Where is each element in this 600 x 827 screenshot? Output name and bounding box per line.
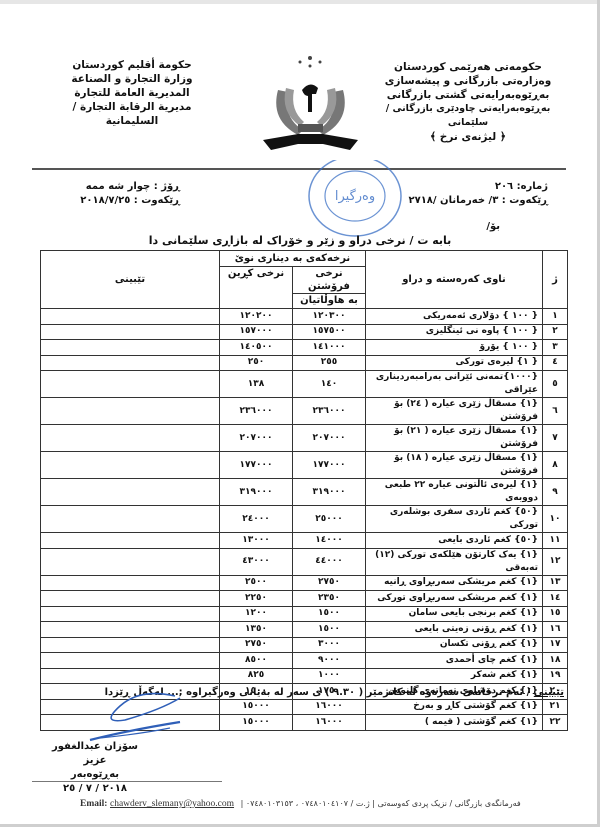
table-row: ١٧{١} کغم ڕۆنی تکسان٣٠٠٠٢٧٥٠ [41, 637, 568, 653]
col-header-note: تێبینی [41, 251, 220, 309]
cell-buy: ٨٢٥ [220, 668, 293, 684]
cell-note [41, 591, 220, 607]
signatory-date: ٢٠١٨ / ٧ / ٢٥ [40, 782, 150, 796]
letterhead-line: وەزارەتی بازرگانی و پیشەسازی [378, 74, 558, 88]
reference-block: ژمارە: ٢٠٦ ڕێکەوت : ٣/ خەرمانان /٢٧١٨ [408, 180, 548, 208]
email-label: Email: [80, 799, 107, 809]
cell-no: ٢٢ [543, 715, 568, 731]
cell-name: {١} لیرەی ئاڵتونی عیاره ٢٢ طبعی دووبەی [366, 479, 543, 506]
cell-buy: ٢٤٠٠٠ [220, 506, 293, 533]
cell-buy: ١٥٧٠٠٠ [220, 324, 293, 340]
table-row: ١٨{١} کغم چای أحمدی٩٠٠٠٨٥٠٠ [41, 653, 568, 669]
cell-buy: ٢٧٥٠ [220, 637, 293, 653]
cell-buy: ٢٣٦٠٠٠ [220, 398, 293, 425]
col-header-buy: نرخی کڕین [220, 266, 293, 309]
signatory-title: بەڕێوەبەر [40, 768, 150, 782]
cell-buy: ١٥٠٠٠ [220, 715, 293, 731]
cell-buy: ١٣٠٠٠ [220, 533, 293, 549]
cell-sell: ١٦٠٠٠ [293, 699, 366, 715]
kurdistan-emblem-icon [258, 50, 363, 160]
cell-note [41, 425, 220, 452]
email-link[interactable]: chawderv_slemany@yahoo.com [110, 799, 234, 809]
subject-line: بابه ت / نرخی دراو و زێر و خۆراک لە بازا… [0, 234, 600, 247]
cell-no: ٢ [543, 324, 568, 340]
cell-name: { ١} لیرەی تورکی [366, 355, 543, 371]
table-row: ٩{١} لیرەی ئاڵتونی عیاره ٢٢ طبعی دووبەی٣… [41, 479, 568, 506]
cell-no: ١٤ [543, 591, 568, 607]
cell-name: {١} کغم مریشکی سەربڕاوی تورکی [366, 591, 543, 607]
cell-no: ٦ [543, 398, 568, 425]
table-row: ١٩{١} کغم شەکر١٠٠٠٨٢٥ [41, 668, 568, 684]
cell-buy: ١٢٠٢٠٠ [220, 309, 293, 325]
cell-name: { ١٠٠ } یۆرۆ [366, 340, 543, 356]
cell-name: {١} کغم شەکر [366, 668, 543, 684]
cell-no: ١٩ [543, 668, 568, 684]
signatory-name: سۆزان عبدالغفور عزیز [40, 740, 150, 768]
letterhead-kurdish: حکومەتی هەرێمی کوردستان وەزارەتی بازرگان… [378, 60, 558, 144]
cell-name: {١} مسقاڵ زێری عیاره ( ١٨) بۆ فرۆشتن [366, 452, 543, 479]
cell-buy: ٤٣٠٠٠ [220, 548, 293, 575]
cell-note [41, 506, 220, 533]
cell-sell: ١٤٠ [293, 371, 366, 398]
cell-no: ١٦ [543, 622, 568, 638]
col-header-no: ژ [543, 251, 568, 309]
signature-divider [32, 781, 222, 782]
cell-sell: ١٥٠٠ [293, 606, 366, 622]
cell-note [41, 548, 220, 575]
table-row: ٤{ ١} لیرەی تورکی٢٥٥٢٥٠ [41, 355, 568, 371]
cell-sell: ١٦٠٠٠ [293, 715, 366, 731]
reference-date-kurdish: ڕێکەوت : ٣/ خەرمانان /٢٧١٨ [408, 194, 548, 208]
table-row: ٦{١} مسقاڵ زێری عیاره ( ٢٤) بۆ فرۆشتن٢٣٦… [41, 398, 568, 425]
cell-sell: ٢٥٠٠٠ [293, 506, 366, 533]
cell-buy: ٢٠٧٠٠٠ [220, 425, 293, 452]
cell-sell: ٢٥٥ [293, 355, 366, 371]
table-row: ١٤{١} کغم مریشکی سەربڕاوی تورکی٢٣٥٠٢٢٥٠ [41, 591, 568, 607]
table-row: ١{ ١٠٠ } دۆلاری ئەمەریکی١٢٠٣٠٠١٢٠٢٠٠ [41, 309, 568, 325]
cell-no: ٣ [543, 340, 568, 356]
cell-name: {٥٠} کغم ئاردی بایعی [366, 533, 543, 549]
letterhead-line: وزارة التجارة و الصناعة [52, 72, 212, 86]
cell-sell: ٩٠٠٠ [293, 653, 366, 669]
cell-name: {١} مسقاڵ زێری عیاره ( ٢١) بۆ فرۆشتن [366, 425, 543, 452]
cell-name: {١} کغم گۆشتی کاڕ و بەرخ [366, 699, 543, 715]
committee-label: ﴿ لیژنەی نرخ ﴾ [378, 130, 558, 144]
recipient-label: بۆ/ [486, 221, 500, 232]
letterhead-line: حكومة أقليم كوردستان [52, 58, 212, 72]
cell-no: ١٥ [543, 606, 568, 622]
cell-name: {١} کغم مریشکی سەربڕاوی ڕانیه [366, 575, 543, 591]
signature-icon [80, 688, 190, 743]
cell-no: ٥ [543, 371, 568, 398]
cell-name: {١} کغم گۆشتی ( قیمه ) [366, 715, 543, 731]
cell-buy: ١٣٥٠ [220, 622, 293, 638]
cell-note [41, 355, 220, 371]
cell-note [41, 533, 220, 549]
cell-sell: ١٢٠٣٠٠ [293, 309, 366, 325]
table-row: ٧{١} مسقاڵ زێری عیاره ( ٢١) بۆ فرۆشتن٢٠٧… [41, 425, 568, 452]
signatory-block: سۆزان عبدالغفور عزیز بەڕێوەبەر ٢٠١٨ / ٧ … [40, 740, 150, 796]
table-row: ٢{ ١٠٠ } پاوه نی ئینگلیزی١٥٧٥٠٠١٥٧٠٠٠ [41, 324, 568, 340]
date-gregorian: ڕێکەوت : ٢٠١٨/٧/٢٥ [60, 194, 180, 208]
col-header-price-group: نرخەکەی بە دیناری نوێ [220, 251, 366, 267]
footer-contact: فەرمانگەی بازرگانی / نزیک پردی کەوسەتی |… [241, 799, 521, 808]
cell-name: {٥٠} کغم ئاردی سفری بوشلەری تورکی [366, 506, 543, 533]
cell-no: ٢١ [543, 699, 568, 715]
cell-buy: ١٢٠٠ [220, 606, 293, 622]
letterhead-arabic: حكومة أقليم كوردستان وزارة التجارة و الص… [52, 58, 212, 128]
cell-note [41, 479, 220, 506]
table-row: ١٥{١} کغم برنجی بایعی سامان١٥٠٠١٢٠٠ [41, 606, 568, 622]
footer: Email: chawderv_slemany@yahoo.com فەرمان… [80, 799, 580, 809]
cell-note [41, 622, 220, 638]
cell-name: {١٠٠٠}تمەنی ئێرانی بەرامبەردیناری عێراقی [366, 371, 543, 398]
cell-name: {١} کغم ڕۆنی زەیتی بایعی [366, 622, 543, 638]
cell-name: {١} کغم چای أحمدی [366, 653, 543, 669]
cell-sell: ١٥٧٥٠٠ [293, 324, 366, 340]
cell-name: {١} کغم برنجی بایعی سامان [366, 606, 543, 622]
cell-note [41, 371, 220, 398]
cell-buy: ١٣٨ [220, 371, 293, 398]
cell-no: ٩ [543, 479, 568, 506]
reference-number: ژمارە: ٢٠٦ [408, 180, 548, 194]
col-header-sell-sub: بە هاوڵاتیان [293, 293, 366, 309]
table-row: ١٢{١} یەک کارتۆن هێلکەی تورکی (١٢) تەبەق… [41, 548, 568, 575]
table-header-row: ژ ناوی کەرەستە و دراو نرخەکەی بە دیناری … [41, 251, 568, 267]
cell-note [41, 340, 220, 356]
table-row: ٥{١٠٠٠}تمەنی ئێرانی بەرامبەردیناری عێراق… [41, 371, 568, 398]
header-divider [32, 168, 566, 170]
cell-no: ١٠ [543, 506, 568, 533]
cell-sell: ٢٧٥٠ [293, 575, 366, 591]
cell-no: ١٧ [543, 637, 568, 653]
cell-sell: ٢٠٧٠٠٠ [293, 425, 366, 452]
cell-sell: ١٧٧٠٠٠ [293, 452, 366, 479]
table-row: ١١{٥٠} کغم ئاردی بایعی١٤٠٠٠١٣٠٠٠ [41, 533, 568, 549]
table-row: ١٦{١} کغم ڕۆنی زەیتی بایعی١٥٠٠١٣٥٠ [41, 622, 568, 638]
table-row: ٨{١} مسقاڵ زێری عیاره ( ١٨) بۆ فرۆشتن١٧٧… [41, 452, 568, 479]
letterhead-line: بەڕێوەبەرایەتی چاودێری بازرگانی / سلێمان… [378, 102, 558, 130]
cell-name: { ١٠٠ } پاوه نی ئینگلیزی [366, 324, 543, 340]
cell-no: ١١ [543, 533, 568, 549]
cell-sell: ١٥٠٠ [293, 622, 366, 638]
cell-no: ١٨ [543, 653, 568, 669]
cell-no: ١٢ [543, 548, 568, 575]
col-header-sell: نرخی فرۆشتن [293, 266, 366, 293]
cell-buy: ١٥٠٠٠ [220, 699, 293, 715]
cell-note [41, 324, 220, 340]
cell-sell: ١٤٠٠٠ [293, 533, 366, 549]
cell-sell: ٣٠٠٠ [293, 637, 366, 653]
cell-note [41, 637, 220, 653]
svg-text:وەرگیرا: وەرگیرا [335, 188, 375, 204]
price-table: ژ ناوی کەرەستە و دراو نرخەکەی بە دیناری … [40, 250, 568, 731]
cell-buy: ٨٥٠٠ [220, 653, 293, 669]
cell-note [41, 653, 220, 669]
letterhead-line: حکومەتی هەرێمی کوردستان [378, 60, 558, 74]
cell-note [41, 606, 220, 622]
day-of-week: ڕۆژ : چوار شه ممه [60, 180, 180, 194]
cell-name: { ١٠٠ } دۆلاری ئەمەریکی [366, 309, 543, 325]
received-stamp-icon: وەرگیرا [305, 160, 405, 242]
letterhead-line: المديرية العامة للتجارة [52, 86, 212, 100]
cell-buy: ١٧٧٠٠٠ [220, 452, 293, 479]
cell-buy: ٢٢٥٠ [220, 591, 293, 607]
cell-sell: ٢٣٥٠ [293, 591, 366, 607]
cell-note [41, 668, 220, 684]
cell-no: ١ [543, 309, 568, 325]
table-row: ٣{ ١٠٠ } یۆرۆ١٤١٠٠٠١٤٠٥٠٠ [41, 340, 568, 356]
footnote-label: تێبینی [534, 687, 564, 698]
table-row: ١٠{٥٠} کغم ئاردی سفری بوشلەری تورکی٢٥٠٠٠… [41, 506, 568, 533]
cell-note [41, 575, 220, 591]
date-block: ڕۆژ : چوار شه ممه ڕێکەوت : ٢٠١٨/٧/٢٥ [60, 180, 180, 208]
col-header-name: ناوی کەرەستە و دراو [366, 251, 543, 309]
cell-sell: ٣١٩٠٠٠ [293, 479, 366, 506]
cell-sell: ١٠٠٠ [293, 668, 366, 684]
cell-name: {١} مسقاڵ زێری عیاره ( ٢٤) بۆ فرۆشتن [366, 398, 543, 425]
cell-note [41, 398, 220, 425]
cell-buy: ٢٥٠٠ [220, 575, 293, 591]
cell-buy: ٣١٩٠٠٠ [220, 479, 293, 506]
scan-edge-top [0, 0, 600, 4]
cell-note [41, 309, 220, 325]
cell-name: {١} یەک کارتۆن هێلکەی تورکی (١٢) تەبەقی [366, 548, 543, 575]
cell-buy: ١٤٠٥٠٠ [220, 340, 293, 356]
cell-no: ١٣ [543, 575, 568, 591]
letterhead-line: بەڕێوەبەرایەتی گشتی بازرگانی [378, 88, 558, 102]
table-row: ١٣{١} کغم مریشکی سەربڕاوی ڕانیه٢٧٥٠٢٥٠٠ [41, 575, 568, 591]
cell-no: ٨ [543, 452, 568, 479]
cell-no: ٤ [543, 355, 568, 371]
cell-note [41, 452, 220, 479]
cell-sell: ٤٤٠٠٠ [293, 548, 366, 575]
cell-buy: ٢٥٠ [220, 355, 293, 371]
cell-name: {١} کغم ڕۆنی تکسان [366, 637, 543, 653]
cell-sell: ٢٣٦٠٠٠ [293, 398, 366, 425]
cell-sell: ١٤١٠٠٠ [293, 340, 366, 356]
cell-no: ٧ [543, 425, 568, 452]
letterhead-line: مديرية الرقابة التجارة / السليمانية [52, 100, 212, 128]
